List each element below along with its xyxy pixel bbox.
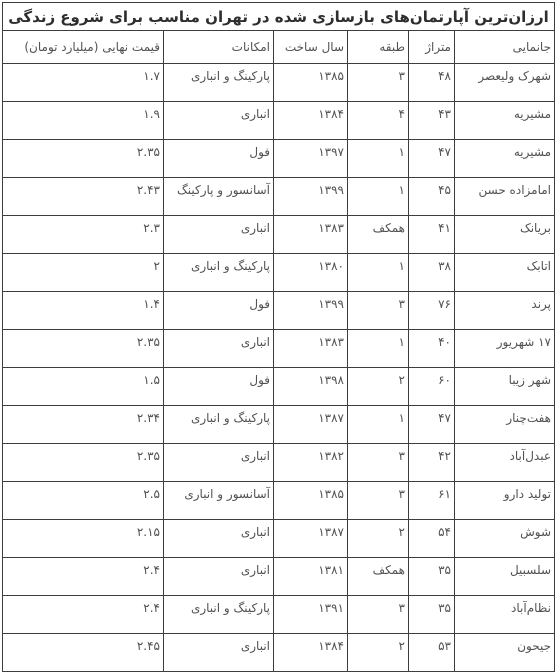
cell-area: ۴۱ <box>409 216 455 254</box>
cell-amenities: انباری <box>164 330 274 368</box>
cell-year_built: ۱۳۸۱ <box>274 558 348 596</box>
cell-year_built: ۱۳۹۸ <box>274 368 348 406</box>
table-row: عبدل‌آباد۴۲۳۱۳۸۲انباری۲.۳۵ <box>2 444 554 482</box>
cell-location: مشیریه <box>455 102 555 140</box>
table-row: ۱۷ شهریور۴۰۱۱۳۸۳انباری۲.۳۵ <box>2 330 554 368</box>
table-row: شوش۵۴۲۱۳۸۷انباری۲.۱۵ <box>2 520 554 558</box>
cell-price: ۲.۳ <box>2 216 163 254</box>
cell-floor: ۲ <box>348 368 409 406</box>
cell-floor: همکف <box>348 558 409 596</box>
cell-year_built: ۱۳۸۳ <box>274 216 348 254</box>
cell-floor: ۱ <box>348 140 409 178</box>
cell-area: ۴۷ <box>409 140 455 178</box>
cell-location: شوش <box>455 520 555 558</box>
apartments-table: ارزان‌ترین آپارتمان‌های بازسازی شده در ت… <box>2 2 555 672</box>
cell-area: ۴۷ <box>409 406 455 444</box>
page: { "title": "ارزان\u200cترین آپارتمان\u20… <box>0 0 558 591</box>
cell-amenities: پارکینگ و انباری <box>164 596 274 634</box>
table-row: شهر زیبا۶۰۲۱۳۹۸فول۱.۵ <box>2 368 554 406</box>
cell-price: ۲.۱۵ <box>2 520 163 558</box>
cell-location: اتابک <box>455 254 555 292</box>
cell-area: ۴۵ <box>409 178 455 216</box>
cell-area: ۴۲ <box>409 444 455 482</box>
cell-amenities: آسانسور و انباری <box>164 482 274 520</box>
column-header-amenities: امکانات <box>164 31 274 64</box>
column-header-floor: طبقه <box>348 31 409 64</box>
cell-price: ۲ <box>2 254 163 292</box>
cell-year_built: ۱۳۸۰ <box>274 254 348 292</box>
cell-price: ۲.۴ <box>2 558 163 596</box>
cell-location: مشیریه <box>455 140 555 178</box>
cell-year_built: ۱۳۸۵ <box>274 64 348 102</box>
table-row: نظام‌آباد۳۵۳۱۳۹۱پارکینگ و انباری۲.۴ <box>2 596 554 634</box>
table-row: تولید دارو۶۱۳۱۳۸۵آسانسور و انباری۲.۵ <box>2 482 554 520</box>
cell-area: ۳۵ <box>409 558 455 596</box>
table-wrapper: ارزان‌ترین آپارتمان‌های بازسازی شده در ت… <box>0 0 558 672</box>
cell-area: ۷۶ <box>409 292 455 330</box>
table-row: پرند۷۶۳۱۳۹۹فول۱.۴ <box>2 292 554 330</box>
cell-floor: همکف <box>348 216 409 254</box>
cell-location: ۱۷ شهریور <box>455 330 555 368</box>
cell-area: ۶۰ <box>409 368 455 406</box>
cell-floor: ۳ <box>348 444 409 482</box>
cell-year_built: ۱۳۸۴ <box>274 102 348 140</box>
cell-year_built: ۱۳۸۳ <box>274 330 348 368</box>
cell-area: ۴۰ <box>409 330 455 368</box>
cell-price: ۱.۴ <box>2 292 163 330</box>
cell-amenities: پارکینگ و انباری <box>164 406 274 444</box>
cell-location: امامزاده حسن <box>455 178 555 216</box>
cell-area: ۴۳ <box>409 102 455 140</box>
cell-location: عبدل‌آباد <box>455 444 555 482</box>
cell-amenities: انباری <box>164 216 274 254</box>
cell-floor: ۱ <box>348 178 409 216</box>
cell-floor: ۳ <box>348 64 409 102</box>
cell-location: شهرک ولیعصر <box>455 64 555 102</box>
cell-year_built: ۱۳۹۷ <box>274 140 348 178</box>
cell-floor: ۱ <box>348 330 409 368</box>
cell-price: ۲.۳۴ <box>2 406 163 444</box>
table-row: جیحون۵۳۲۱۳۸۴انباری۲.۴۵ <box>2 634 554 672</box>
cell-amenities: پارکینگ و انباری <box>164 254 274 292</box>
cell-amenities: آسانسور و پارکینگ <box>164 178 274 216</box>
cell-price: ۱.۵ <box>2 368 163 406</box>
cell-floor: ۳ <box>348 596 409 634</box>
table-row: امامزاده حسن۴۵۱۱۳۹۹آسانسور و پارکینگ۲.۴۳ <box>2 178 554 216</box>
cell-location: بریانک <box>455 216 555 254</box>
table-row: بریانک۴۱همکف۱۳۸۳انباری۲.۳ <box>2 216 554 254</box>
cell-amenities: فول <box>164 292 274 330</box>
column-header-price: قیمت نهایی (میلیارد تومان) <box>2 31 163 64</box>
header-row: جانمایی متراژ طبقه سال ساخت امکانات قیمت… <box>2 31 554 64</box>
cell-area: ۶۱ <box>409 482 455 520</box>
table-row: هفت‌چنار۴۷۱۱۳۸۷پارکینگ و انباری۲.۳۴ <box>2 406 554 444</box>
cell-location: هفت‌چنار <box>455 406 555 444</box>
cell-year_built: ۱۳۹۱ <box>274 596 348 634</box>
cell-floor: ۳ <box>348 292 409 330</box>
cell-floor: ۱ <box>348 406 409 444</box>
cell-floor: ۲ <box>348 634 409 672</box>
cell-area: ۳۸ <box>409 254 455 292</box>
column-header-location: جانمایی <box>455 31 555 64</box>
cell-area: ۴۸ <box>409 64 455 102</box>
cell-location: جیحون <box>455 634 555 672</box>
cell-amenities: فول <box>164 140 274 178</box>
cell-floor: ۴ <box>348 102 409 140</box>
table-head: ارزان‌ترین آپارتمان‌های بازسازی شده در ت… <box>2 3 554 64</box>
table-body: شهرک ولیعصر۴۸۳۱۳۸۵پارکینگ و انباری۱.۷مشی… <box>2 64 554 672</box>
cell-year_built: ۱۳۹۹ <box>274 178 348 216</box>
table-row: مشیریه۴۳۴۱۳۸۴انباری۱.۹ <box>2 102 554 140</box>
cell-location: تولید دارو <box>455 482 555 520</box>
cell-floor: ۳ <box>348 482 409 520</box>
cell-year_built: ۱۳۸۴ <box>274 634 348 672</box>
cell-amenities: انباری <box>164 444 274 482</box>
cell-amenities: انباری <box>164 520 274 558</box>
cell-area: ۳۵ <box>409 596 455 634</box>
cell-price: ۱.۷ <box>2 64 163 102</box>
cell-price: ۱.۹ <box>2 102 163 140</box>
cell-price: ۲.۳۵ <box>2 444 163 482</box>
cell-location: نظام‌آباد <box>455 596 555 634</box>
cell-year_built: ۱۳۸۷ <box>274 520 348 558</box>
cell-amenities: انباری <box>164 558 274 596</box>
table-row: شهرک ولیعصر۴۸۳۱۳۸۵پارکینگ و انباری۱.۷ <box>2 64 554 102</box>
title-row: ارزان‌ترین آپارتمان‌های بازسازی شده در ت… <box>2 3 554 31</box>
cell-amenities: انباری <box>164 634 274 672</box>
cell-floor: ۱ <box>348 254 409 292</box>
column-header-area: متراژ <box>409 31 455 64</box>
cell-location: سلسبیل <box>455 558 555 596</box>
cell-price: ۲.۴۵ <box>2 634 163 672</box>
cell-year_built: ۱۳۸۵ <box>274 482 348 520</box>
table-title: ارزان‌ترین آپارتمان‌های بازسازی شده در ت… <box>2 3 554 31</box>
cell-amenities: انباری <box>164 102 274 140</box>
cell-area: ۵۳ <box>409 634 455 672</box>
cell-price: ۲.۵ <box>2 482 163 520</box>
table-row: سلسبیل۳۵همکف۱۳۸۱انباری۲.۴ <box>2 558 554 596</box>
cell-price: ۲.۴۳ <box>2 178 163 216</box>
cell-amenities: پارکینگ و انباری <box>164 64 274 102</box>
cell-amenities: فول <box>164 368 274 406</box>
cell-floor: ۲ <box>348 520 409 558</box>
cell-location: شهر زیبا <box>455 368 555 406</box>
cell-area: ۵۴ <box>409 520 455 558</box>
table-row: اتابک۳۸۱۱۳۸۰پارکینگ و انباری۲ <box>2 254 554 292</box>
cell-location: پرند <box>455 292 555 330</box>
cell-year_built: ۱۳۸۷ <box>274 406 348 444</box>
cell-year_built: ۱۳۹۹ <box>274 292 348 330</box>
column-header-year-built: سال ساخت <box>274 31 348 64</box>
cell-price: ۲.۳۵ <box>2 140 163 178</box>
table-row: مشیریه۴۷۱۱۳۹۷فول۲.۳۵ <box>2 140 554 178</box>
cell-year_built: ۱۳۸۲ <box>274 444 348 482</box>
cell-price: ۲.۳۵ <box>2 330 163 368</box>
cell-price: ۲.۴ <box>2 596 163 634</box>
